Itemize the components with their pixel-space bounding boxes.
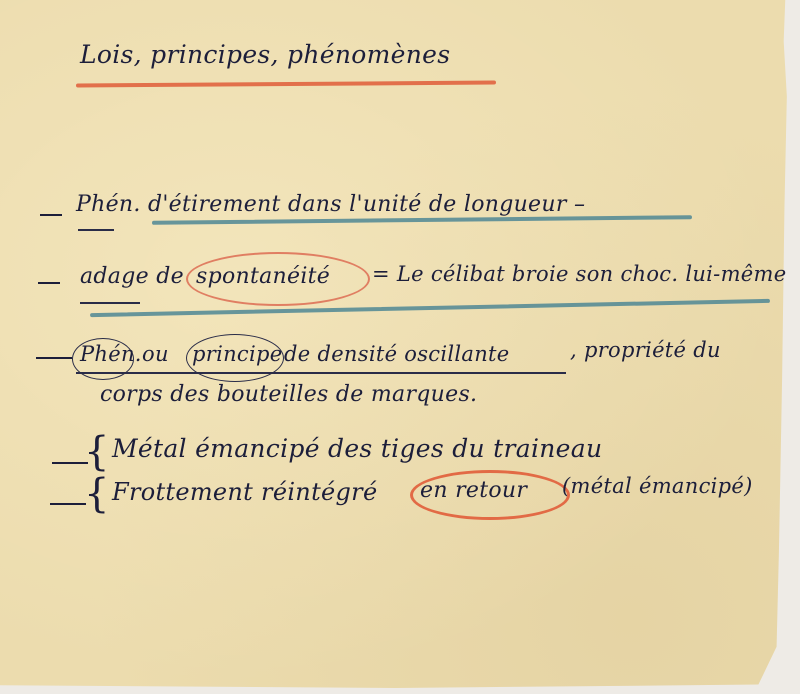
bullet-dash <box>52 462 88 464</box>
line-etirement: Phén. d'étirement dans l'unité de longue… <box>76 192 585 217</box>
line-propriete: , propriété du <box>570 338 721 362</box>
bullet-dash <box>40 214 62 216</box>
line-spontaneite: spontanéité <box>196 264 330 289</box>
page-title: Lois, principes, phénomènes <box>80 40 450 69</box>
line-metal-emancipe: (métal émancipé) <box>562 474 753 498</box>
line-bouteilles: corps des bouteilles de marques. <box>100 382 477 407</box>
brace-symbol: { <box>84 432 109 472</box>
line-adage-label: adage de <box>80 264 184 289</box>
adage-underline <box>80 302 140 304</box>
line-celibat: = Le célibat broie son choc. lui-même <box>372 262 786 286</box>
line-densite: de densité oscillante <box>284 342 510 366</box>
line-principe: principe <box>192 342 282 366</box>
line-ou: ou <box>142 342 169 366</box>
line-frottement: Frottement réintégré <box>112 478 377 506</box>
bullet-dash <box>38 282 60 284</box>
line-en-retour: en retour <box>420 478 527 503</box>
bullet-dash <box>36 357 72 359</box>
brace-symbol: { <box>84 474 109 514</box>
line-phen: Phén. <box>80 342 142 366</box>
phen-underline <box>78 229 114 231</box>
bullet-dash <box>50 503 86 505</box>
line-metal: Métal émancipé des tiges du traineau <box>112 434 602 463</box>
densite-underline <box>76 372 566 374</box>
